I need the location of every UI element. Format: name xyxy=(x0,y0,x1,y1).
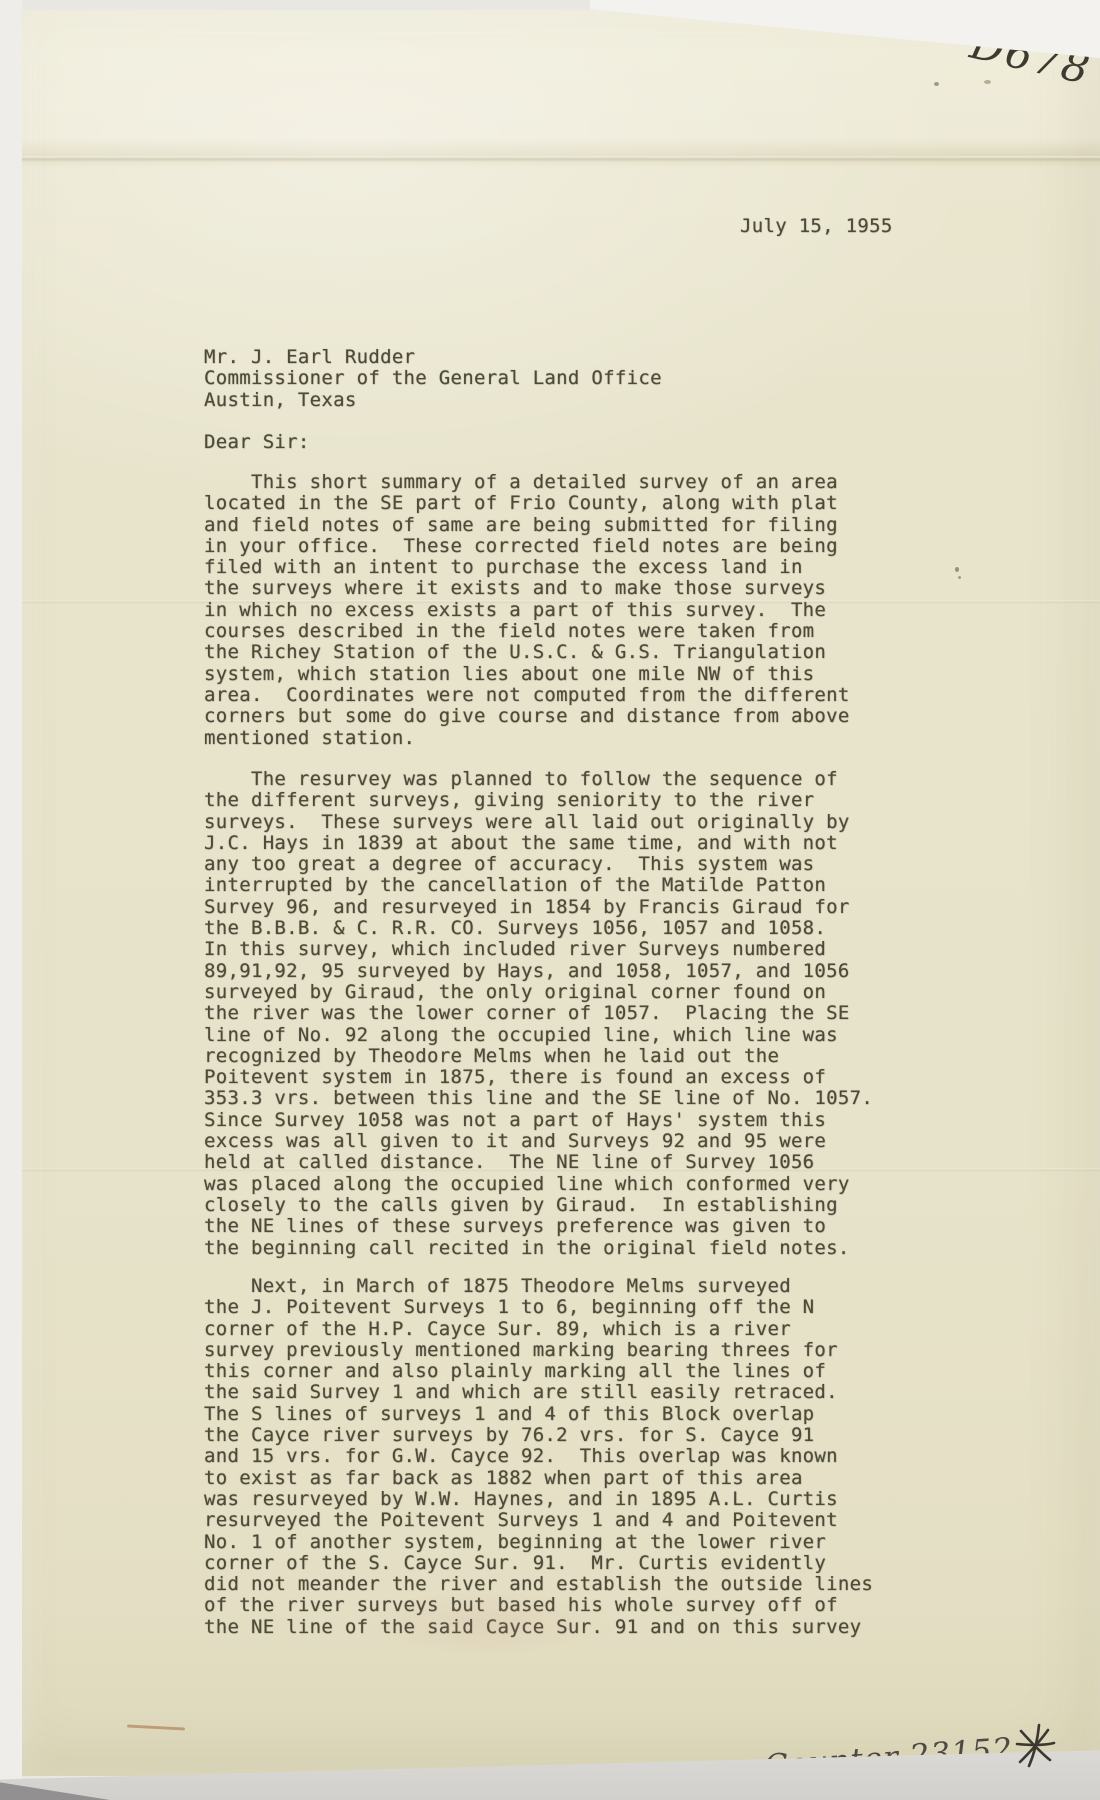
scan-background-left-edge xyxy=(0,0,22,1800)
paper-speck xyxy=(958,576,961,579)
paper-speck xyxy=(934,82,939,86)
recipient-address: Mr. J. Earl Rudder Commissioner of the G… xyxy=(204,347,662,411)
letter-paragraph-3: Next, in March of 1875 Theodore Melms su… xyxy=(204,1276,873,1638)
letter-paragraph-2: The resurvey was planned to follow the s… xyxy=(204,769,873,1259)
paper-scuff-mark xyxy=(127,1724,185,1730)
paper-fold-crease xyxy=(22,156,1100,162)
scanned-letter-page: D678 July 15, 1955 Mr. J. Earl Rudder Co… xyxy=(0,0,1100,1800)
letter-date: July 15, 1955 xyxy=(740,216,893,237)
paper-speck xyxy=(955,567,959,572)
letter-paragraph-1: This short summary of a detailed survey … xyxy=(204,472,850,749)
letter-paper-sheet: D678 July 15, 1955 Mr. J. Earl Rudder Co… xyxy=(22,10,1100,1776)
paper-speck xyxy=(984,80,991,84)
handwritten-asterisk-icon xyxy=(1012,1722,1058,1770)
salutation: Dear Sir: xyxy=(204,432,310,453)
